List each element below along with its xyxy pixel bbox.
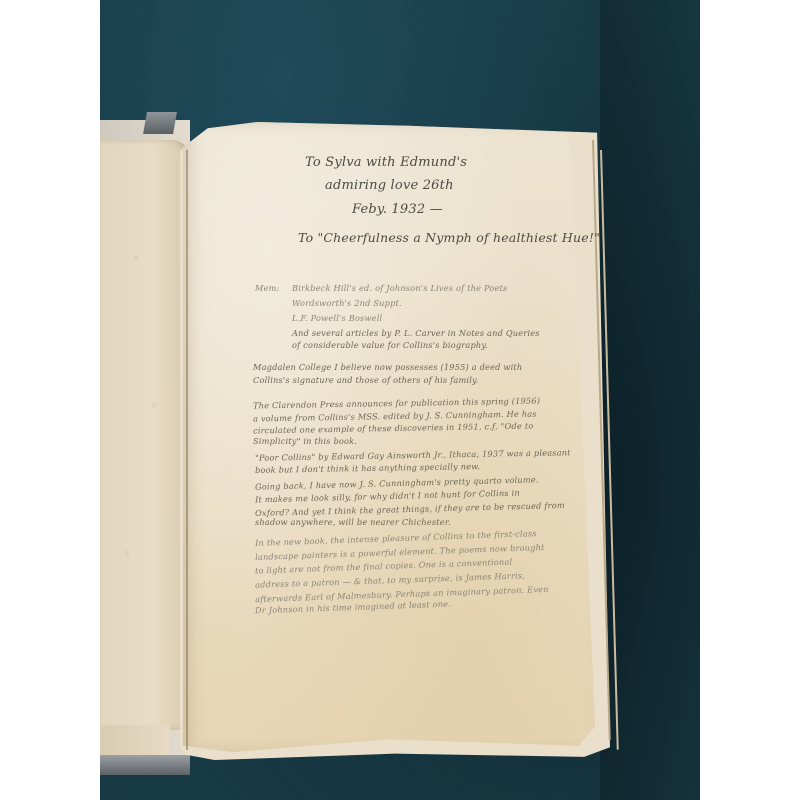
- inscription-line-3: Feby. 1932 —: [352, 202, 443, 217]
- articles-line: of considerable value for Collins's biog…: [292, 340, 488, 350]
- right-white-band: [700, 0, 800, 800]
- inscription-quote: To "Cheerfulness a Nymph of healthiest H…: [298, 230, 600, 245]
- magdalen-line: Collins's signature and those of others …: [253, 375, 479, 385]
- plastic-jacket-top: [143, 112, 177, 134]
- inscription-line-1: To Sylva with Edmund's: [305, 155, 467, 170]
- ref-item: Birkbeck Hill's ed. of Johnson's Lives o…: [292, 283, 507, 293]
- magdalen-line: Magdalen College I believe now possesses…: [253, 362, 522, 372]
- left-page-fold: [100, 140, 190, 730]
- inscription-line-2: admiring love 26th: [325, 178, 454, 193]
- left-white-band: [0, 0, 100, 800]
- plastic-jacket-bottom: [100, 755, 190, 775]
- refs-label: Mem:: [255, 283, 280, 293]
- gutter: [186, 150, 188, 750]
- clarendon-line: Simplicity" in this book.: [253, 436, 357, 446]
- going-back-line: shadow anywhere, will be nearer Chichest…: [255, 517, 451, 527]
- ref-item: Wordsworth's 2nd Suppt.: [292, 298, 402, 308]
- articles-line: And several articles by P. L. Carver in …: [292, 328, 540, 338]
- ref-item: L.F. Powell's Boswell: [292, 313, 382, 323]
